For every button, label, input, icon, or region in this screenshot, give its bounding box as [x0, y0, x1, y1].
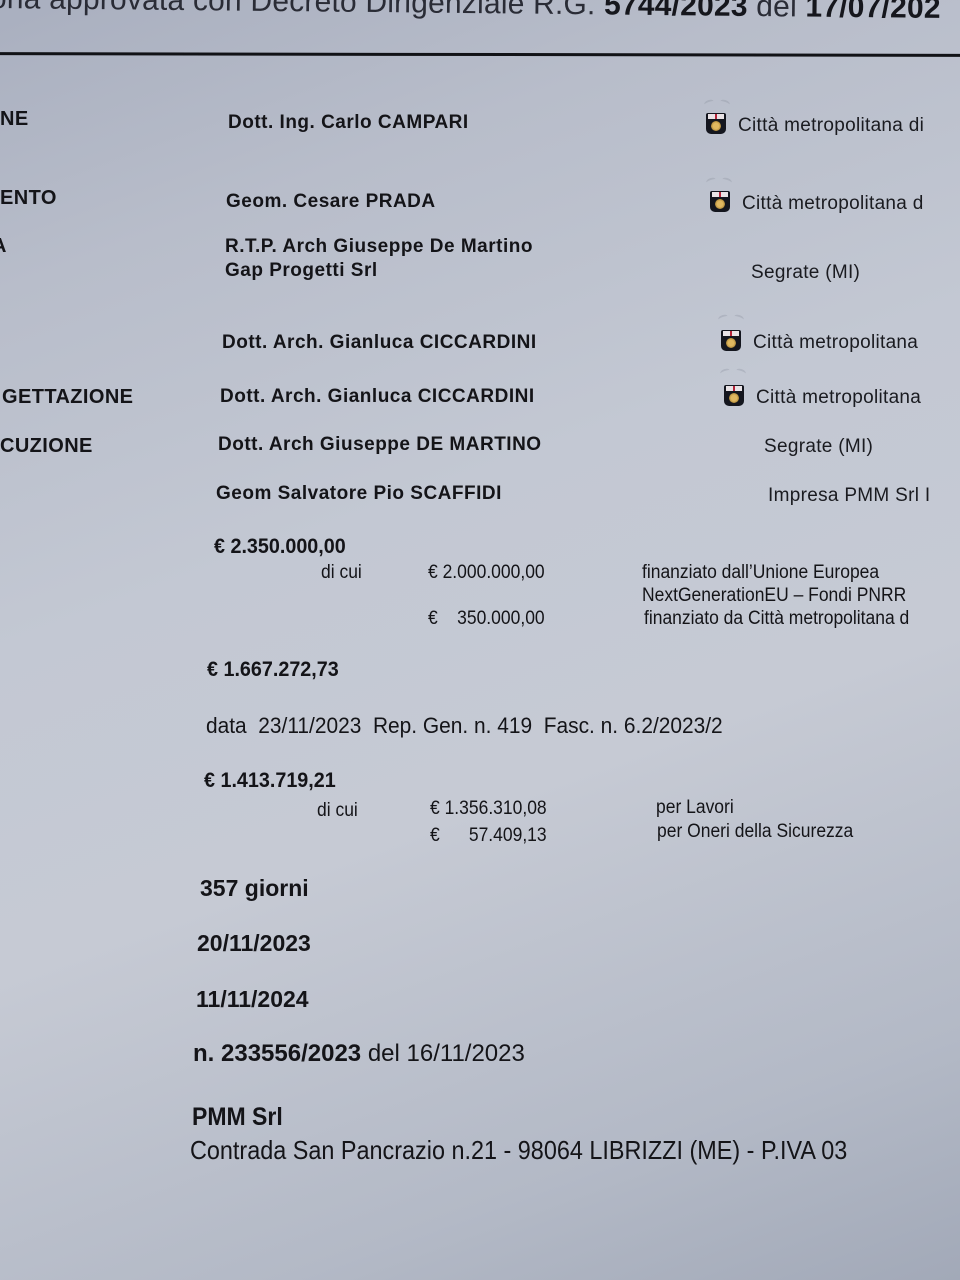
crest-wing-decor [702, 98, 732, 108]
role-label: NE [0, 108, 29, 131]
contract-desc: per Lavori [656, 797, 734, 819]
contract-details: data 23/11/2023 Rep. Gen. n. 419 Fasc. n… [206, 713, 723, 739]
role-person-line1: R.T.P. Arch Giuseppe De Martino [225, 236, 533, 258]
crest-wing-decor [716, 313, 746, 323]
funding-desc: finanziato dall’Unione Europea [642, 562, 879, 584]
funding-amount: € 350.000,00 [428, 608, 545, 630]
notification-number: n. 233556/2023 [193, 1040, 361, 1067]
end-date: 11/11/2024 [196, 986, 309, 1013]
funding-amount: € 2.000.000,00 [428, 562, 545, 584]
role-label: A [0, 235, 7, 258]
role-person: Dott. Arch Giuseppe DE MARTINO [218, 434, 542, 456]
role-label: GETTAZIONE [2, 386, 133, 409]
role-label: CUZIONE [0, 435, 93, 458]
metropolitan-city-crest-icon [706, 113, 726, 134]
funding-di-cui: di cui [321, 562, 362, 584]
funding-total: € 2.350.000,00 [214, 535, 346, 559]
role-person-line2: Gap Progetti Srl [225, 260, 378, 282]
role-org: Città metropolitana [721, 330, 918, 354]
contract-total: € 1.413.719,21 [204, 769, 336, 793]
role-person: Dott. Arch. Gianluca CICCARDINI [222, 332, 537, 354]
crest-wing-decor [718, 367, 748, 377]
metropolitan-city-crest-icon [724, 385, 744, 406]
role-org: Città metropolitana [724, 385, 921, 409]
contract-di-cui: di cui [317, 800, 358, 822]
contract-amount: € 1.356.310,08 [430, 798, 547, 820]
role-org: Segrate (MI) [751, 262, 860, 284]
metropolitan-city-crest-icon [710, 191, 730, 212]
funding-desc: NextGenerationEU – Fondi PNRR [642, 585, 906, 607]
auction-base-amount: € 1.667.272,73 [207, 658, 339, 682]
approval-number: 5744/2023 [604, 0, 748, 23]
role-person: Dott. Arch. Gianluca CICCARDINI [220, 386, 535, 408]
funding-desc: finanziato da Città metropolitana d [644, 608, 909, 630]
metropolitan-city-crest-icon [721, 330, 741, 351]
contractor-name: PMM Srl [192, 1103, 283, 1132]
approval-date: 17/07/202 [805, 0, 941, 25]
contract-amount: € 57.409,13 [430, 825, 547, 847]
role-person: Dott. Ing. Carlo CAMPARI [228, 112, 469, 134]
contractor-address: Contrada San Pancrazio n.21 - 98064 LIBR… [190, 1135, 847, 1166]
role-org: Impresa PMM Srl I [768, 485, 930, 507]
approval-del: del [756, 0, 797, 23]
contract-desc: per Oneri della Sicurezza [657, 821, 853, 843]
duration: 357 giorni [200, 875, 309, 902]
role-org: Segrate (MI) [764, 436, 873, 458]
role-person: Geom. Cesare PRADA [226, 191, 436, 213]
notification-date: del 16/11/2023 [368, 1040, 525, 1067]
role-org: Città metropolitana di [706, 113, 924, 137]
approval-decree-line: ona approvata con Decreto Dirigenziale R… [0, 0, 941, 26]
role-person: Geom Salvatore Pio SCAFFIDI [216, 483, 502, 505]
start-date: 20/11/2023 [197, 930, 311, 957]
approval-text: ona approvata con Decreto Dirigenziale R… [0, 0, 596, 21]
header-divider [0, 52, 960, 57]
role-label: ENTO [0, 187, 57, 210]
role-org: Città metropolitana d [710, 191, 924, 215]
crest-wing-decor [704, 176, 734, 186]
notification-ref: n. 233556/2023 del 16/11/2023 [193, 1040, 525, 1068]
